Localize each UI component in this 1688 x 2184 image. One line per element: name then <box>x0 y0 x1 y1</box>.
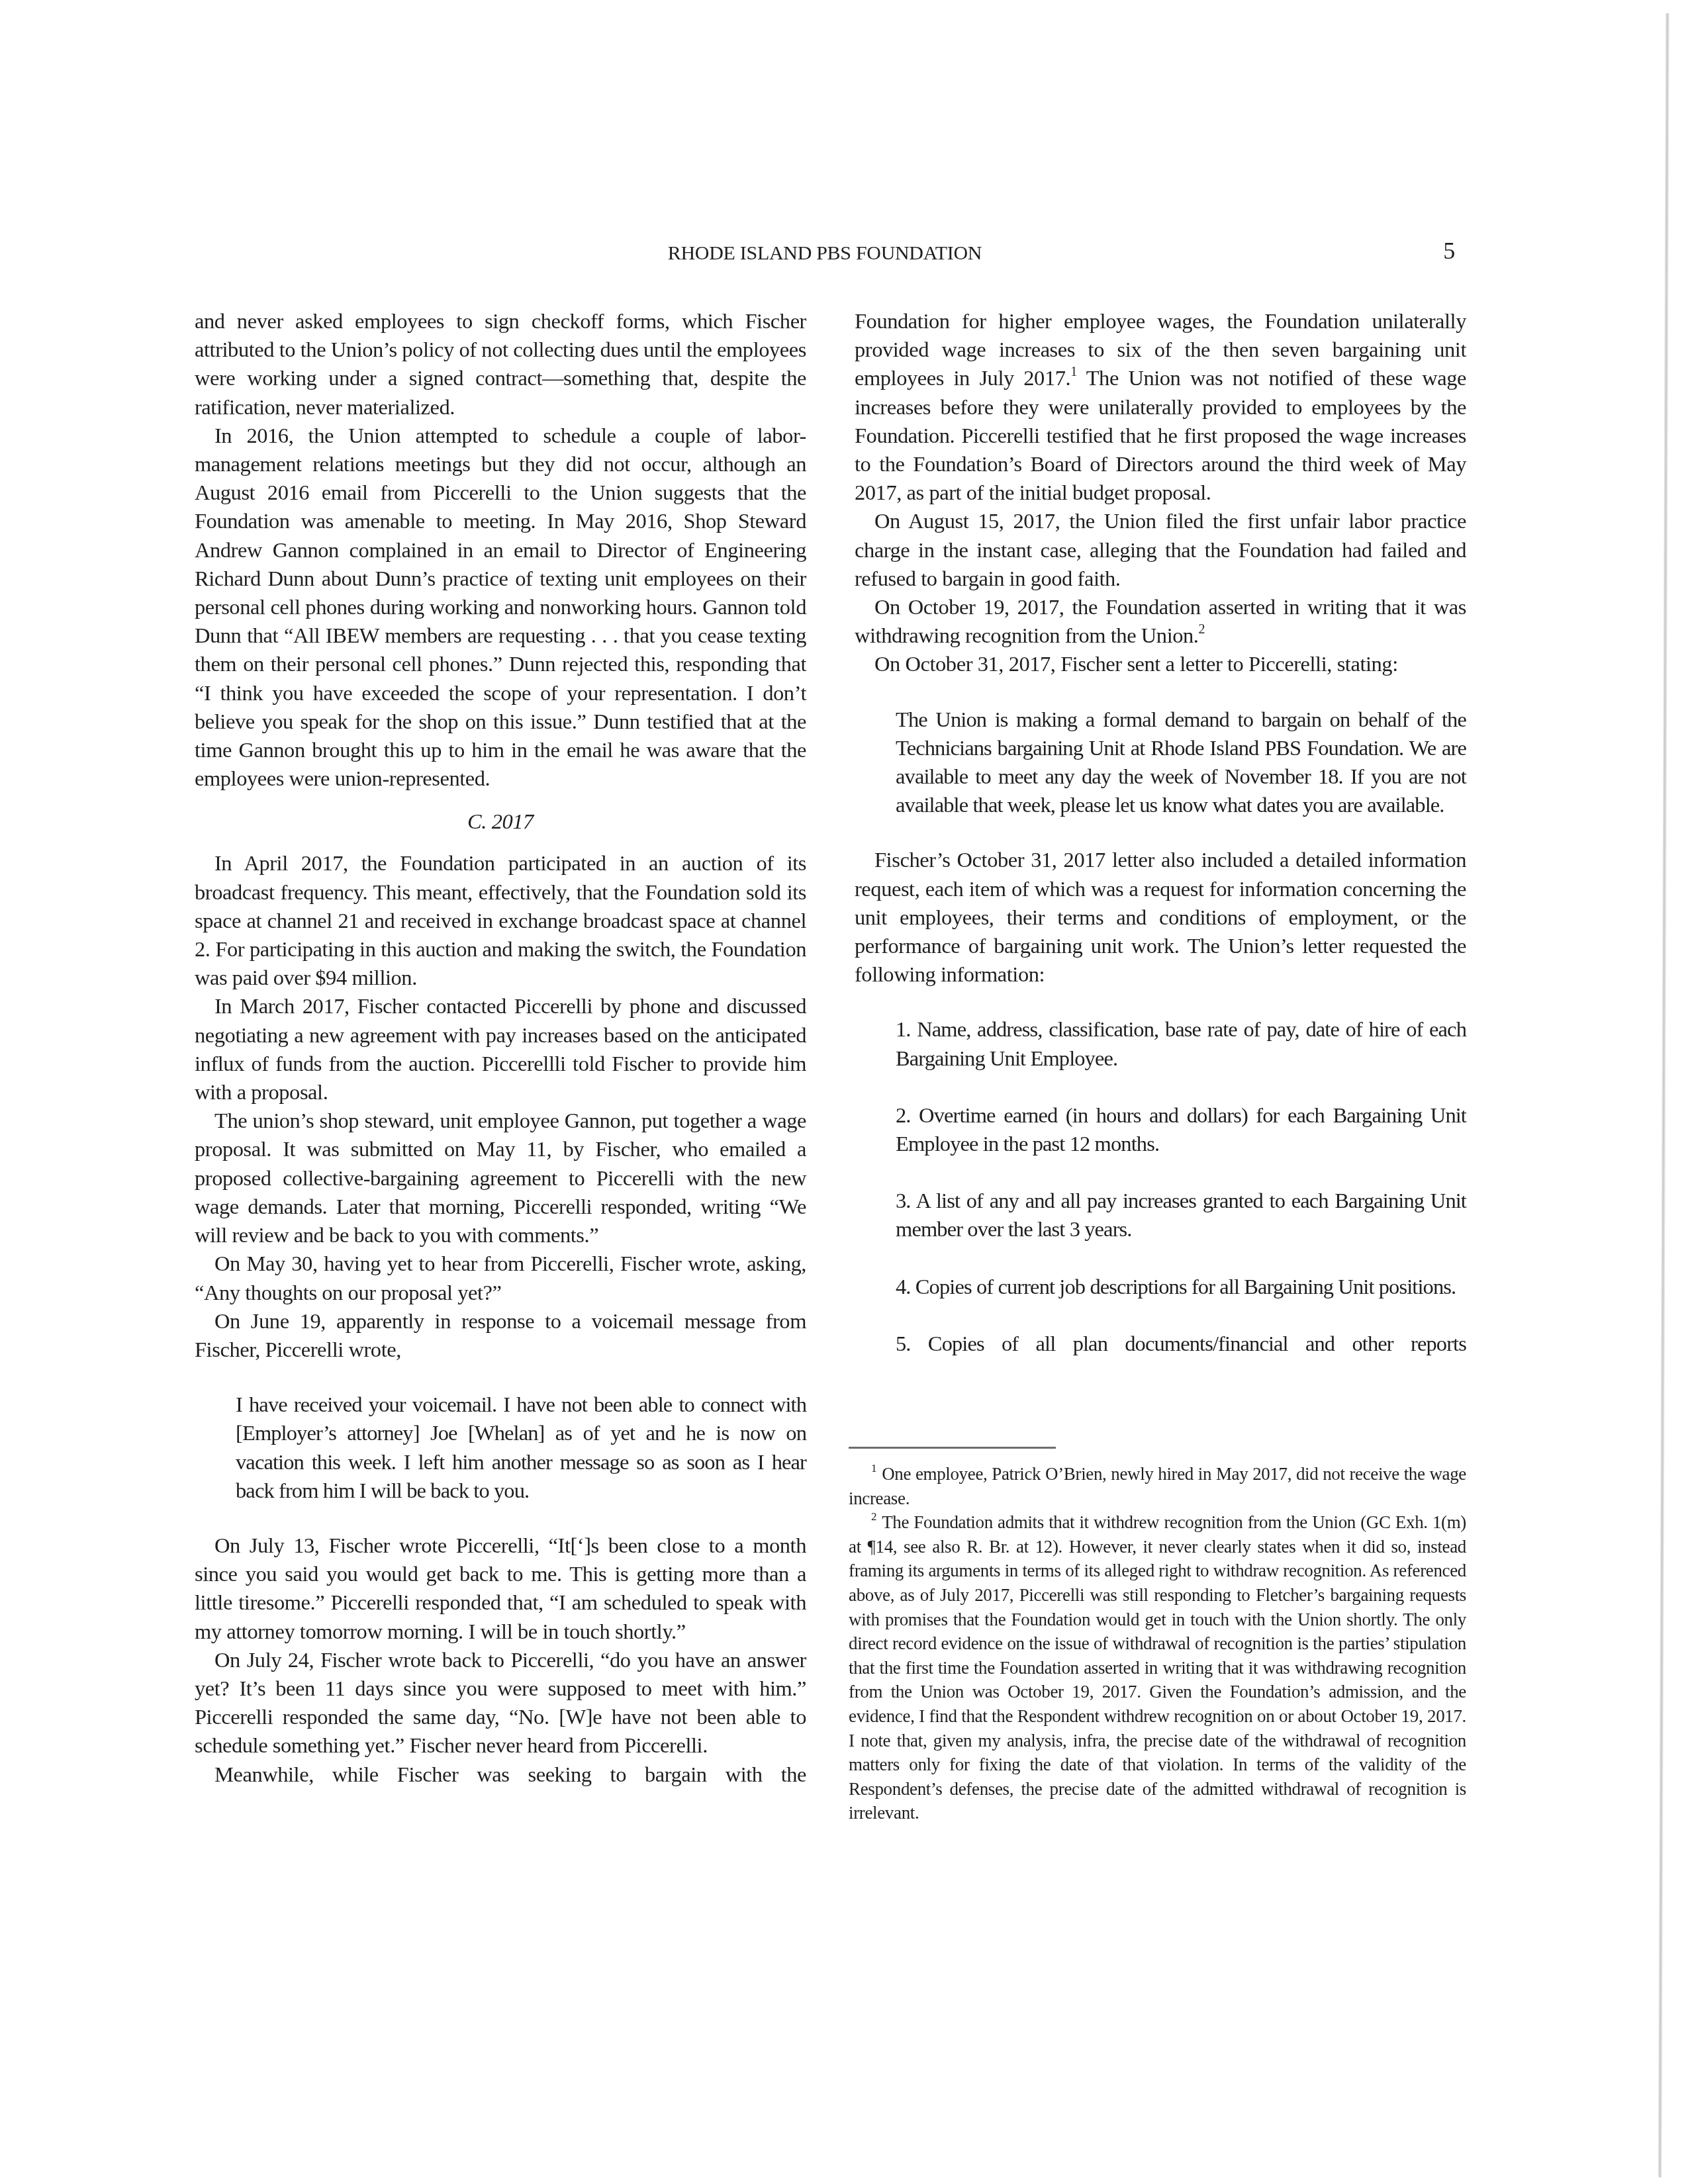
paragraph: On October 31, 2017, Fischer sent a lett… <box>855 651 1466 679</box>
paragraph: and never asked employees to sign checko… <box>195 308 806 422</box>
footnote-reference[interactable]: 1 <box>1070 365 1077 379</box>
information-request-list: 1. Name, address, classification, base r… <box>896 1016 1466 1359</box>
paragraph: On July 13, Fischer wrote Piccerelli, “I… <box>195 1532 806 1647</box>
footnote-marker: 2 <box>871 1510 876 1523</box>
block-quote: The Union is making a formal demand to b… <box>896 706 1466 821</box>
paragraph: Fischer’s October 31, 2017 letter also i… <box>855 846 1466 989</box>
paragraph: On August 15, 2017, the Union filed the … <box>855 508 1466 594</box>
list-item: 1. Name, address, classification, base r… <box>896 1016 1466 1073</box>
block-quote: I have received your voicemail. I have n… <box>236 1391 806 1506</box>
section-heading: C. 2017 <box>195 808 806 837</box>
paragraph: On July 24, Fischer wrote back to Piccer… <box>195 1647 806 1761</box>
paragraph: The union’s shop steward, unit employee … <box>195 1107 806 1250</box>
footnote-text: The Foundation admits that it withdrew r… <box>849 1512 1466 1823</box>
paragraph: In March 2017, Fischer contacted Piccere… <box>195 993 806 1107</box>
footnotes: 1One employee, Patrick O’Brien, newly hi… <box>849 1430 1466 1825</box>
document-page: RHODE ISLAND PBS FOUNDATION 5 and never … <box>0 0 1688 2184</box>
paragraph: On May 30, having yet to hear from Picce… <box>195 1250 806 1307</box>
paragraph: Foundation for higher employee wages, th… <box>855 308 1466 508</box>
footnote: 1One employee, Patrick O’Brien, newly hi… <box>849 1462 1466 1510</box>
footnote-marker: 1 <box>871 1462 876 1475</box>
footnote-rule <box>849 1447 1056 1449</box>
left-column: and never asked employees to sign checko… <box>195 308 806 1790</box>
footnote: 2The Foundation admits that it withdrew … <box>849 1510 1466 1825</box>
scan-edge-line <box>1658 13 1669 2177</box>
list-item: 4. Copies of current job descriptions fo… <box>896 1273 1466 1302</box>
list-item: 2. Overtime earned (in hours and dollars… <box>896 1102 1466 1159</box>
paragraph-text: On October 19, 2017, the Foundation asse… <box>855 596 1466 648</box>
paragraph: On October 19, 2017, the Foundation asse… <box>855 594 1466 651</box>
running-head-title: RHODE ISLAND PBS FOUNDATION <box>195 242 1455 265</box>
list-item: 3. A list of any and all pay increases g… <box>896 1187 1466 1244</box>
running-head: RHODE ISLAND PBS FOUNDATION 5 <box>195 240 1455 266</box>
paragraph: On June 19, apparently in response to a … <box>195 1308 806 1365</box>
footnote-text: One employee, Patrick O’Brien, newly hir… <box>849 1464 1466 1508</box>
right-column: Foundation for higher employee wages, th… <box>855 308 1466 1359</box>
footnote-reference[interactable]: 2 <box>1199 622 1205 637</box>
paragraph: Meanwhile, while Fischer was seeking to … <box>195 1761 806 1790</box>
paragraph: In April 2017, the Foundation participat… <box>195 850 806 993</box>
list-item: 5. Copies of all plan documents/financia… <box>896 1330 1466 1359</box>
page-number: 5 <box>1443 237 1455 265</box>
paragraph: In 2016, the Union attempted to schedule… <box>195 422 806 794</box>
